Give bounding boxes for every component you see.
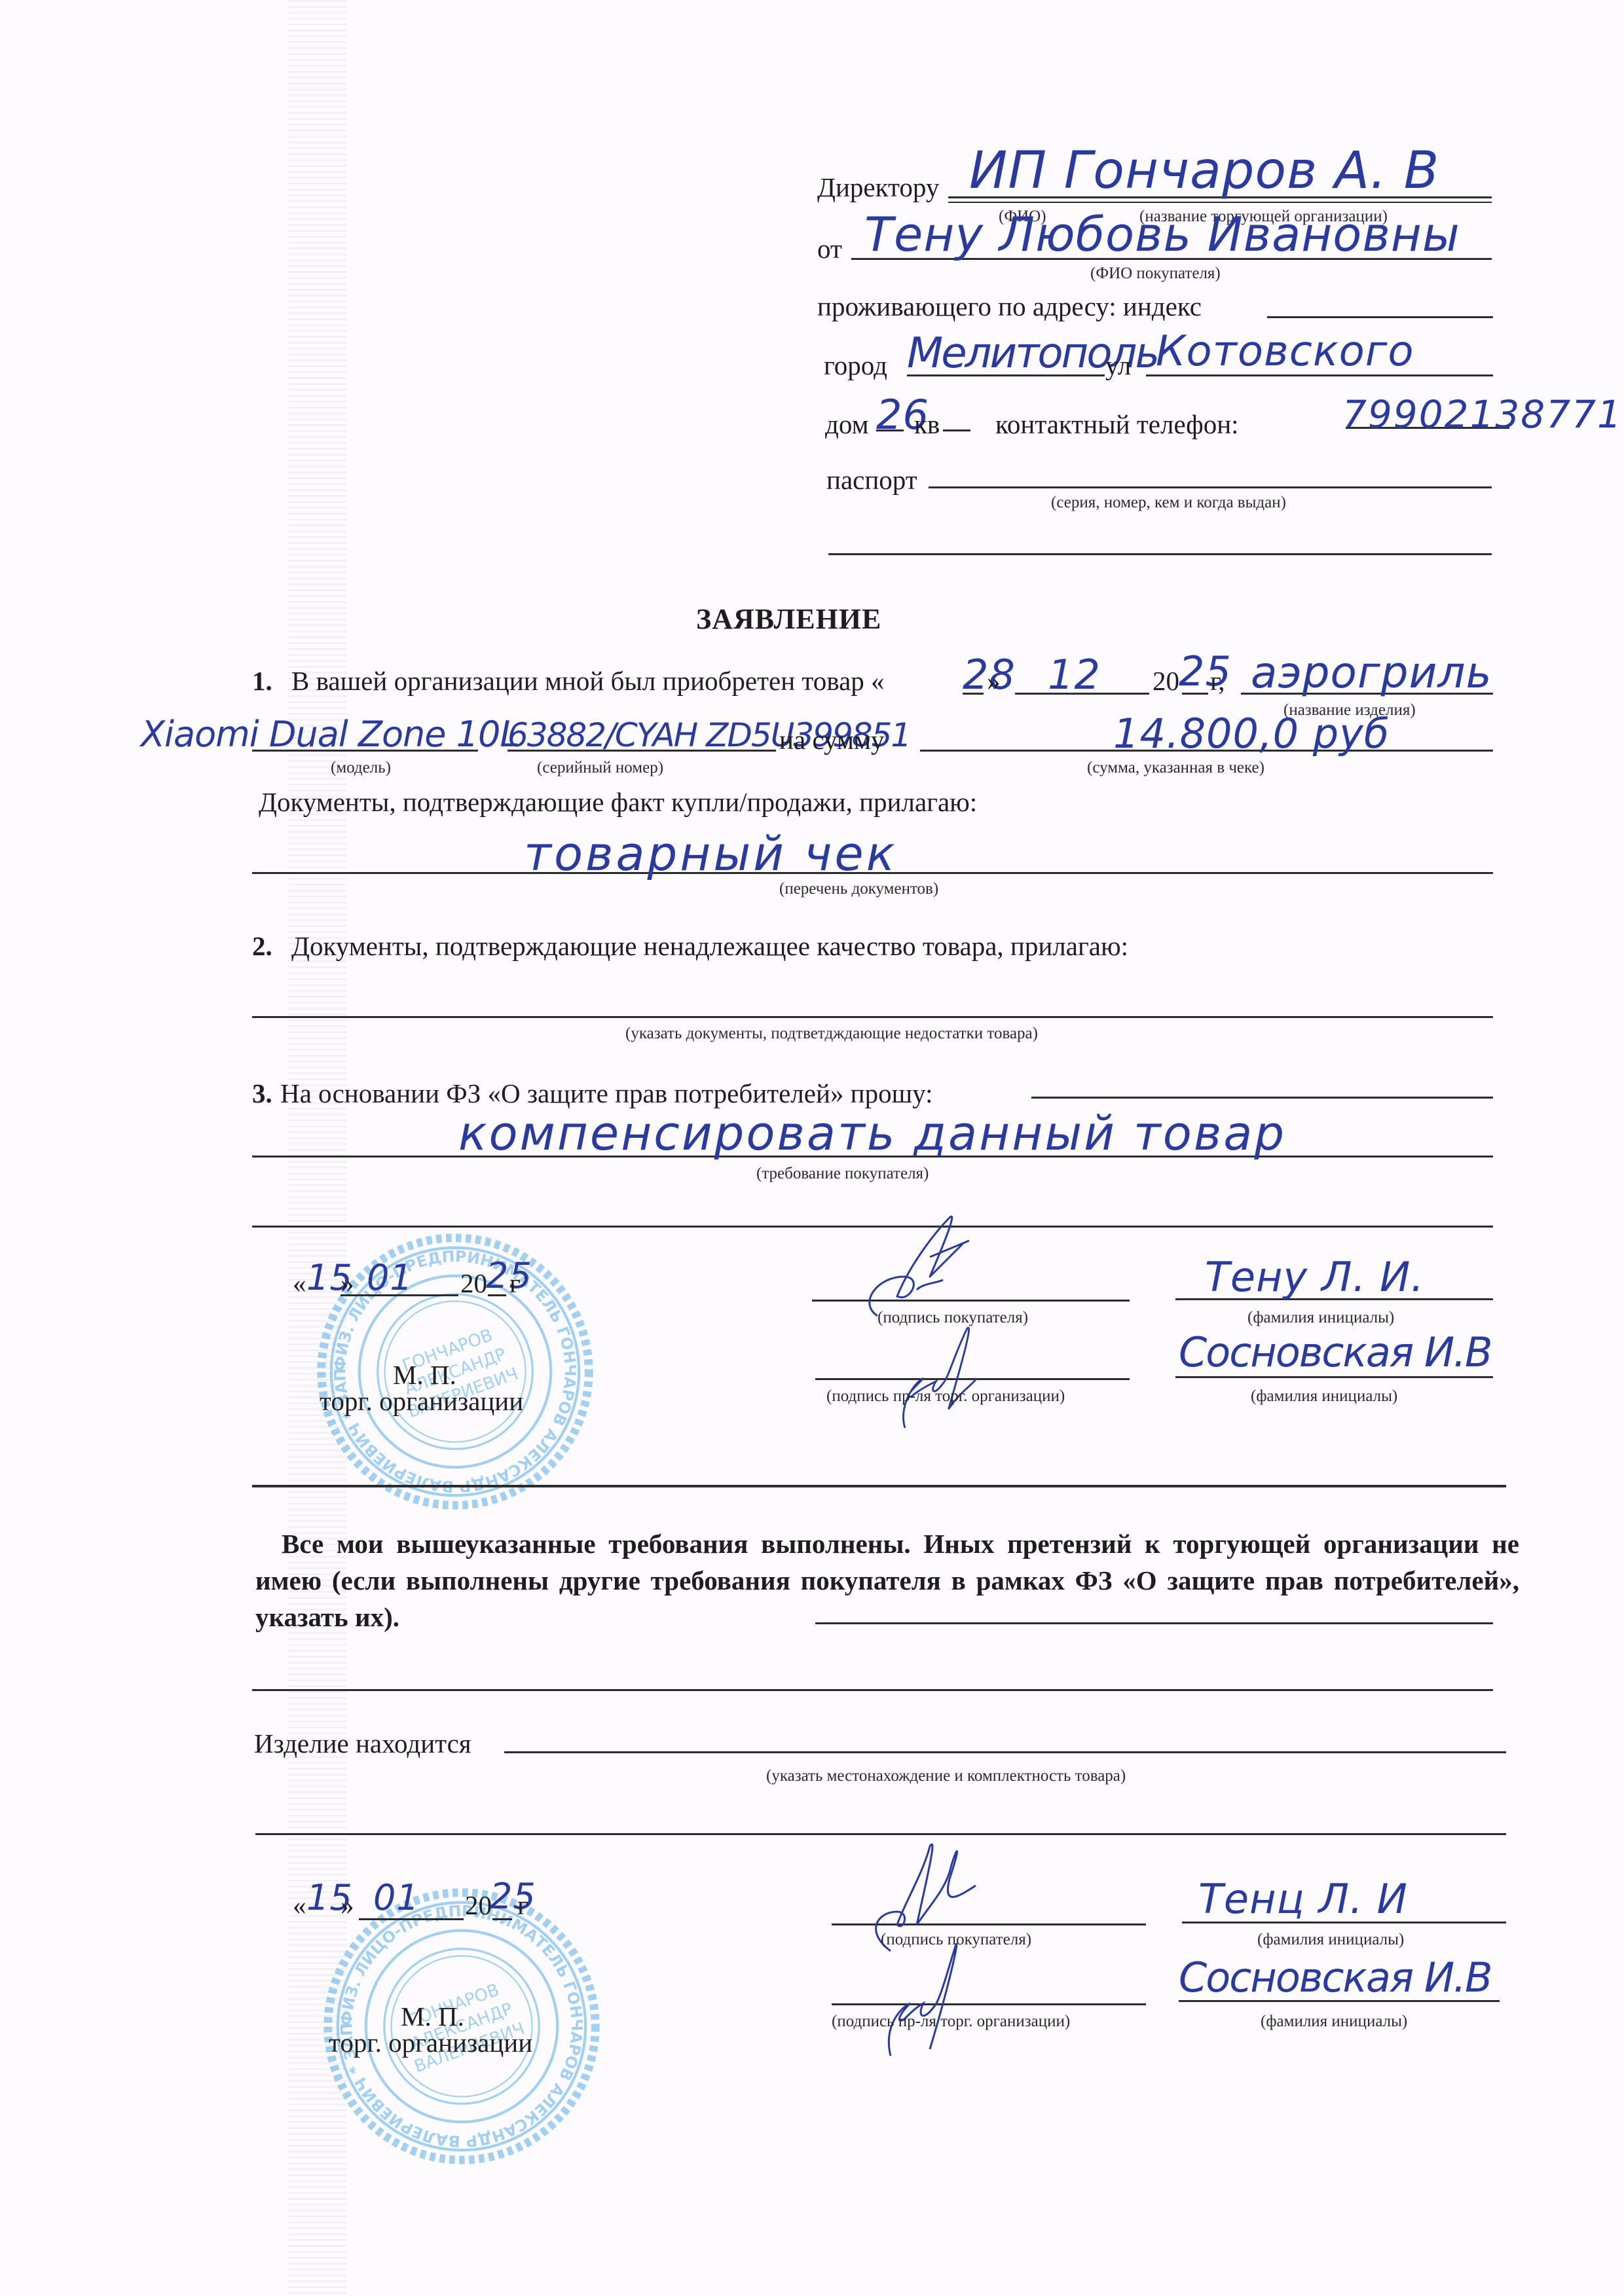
from-value[interactable]: Тену Любовь Ивановны — [864, 211, 1460, 258]
completion-paragraph: Все мои вышеуказанные требования выполне… — [255, 1525, 1519, 1635]
item-3-value[interactable]: компенсировать данный товар — [458, 1110, 1286, 1157]
rep-name-1-cap: (фамилия инициалы) — [1251, 1388, 1397, 1404]
passport-label: паспорт — [826, 467, 917, 494]
date-1-month[interactable]: 01 — [367, 1260, 413, 1296]
rep-sig-1-cap: (подпись пр-ля торг. организации) — [826, 1388, 1065, 1404]
item-1-text: В вашей организации мной был приобретен … — [291, 668, 885, 695]
stamp-place-org-2: торг. организации — [329, 2030, 532, 2056]
item-3-underline-1 — [1031, 1097, 1493, 1099]
model-cap: (модель) — [331, 759, 391, 776]
product-name[interactable]: аэрогриль — [1251, 651, 1492, 695]
completion-underline-2 — [252, 1689, 1493, 1691]
director-value[interactable]: ИП Гончаров А. В — [969, 145, 1439, 196]
rep-name-2-cap: (фамилия инициалы) — [1261, 2013, 1407, 2030]
purchase-docs-cap: (перечень документов) — [779, 881, 938, 897]
passport-underline-2 — [828, 553, 1492, 555]
purchase-year-prefix: 20 — [1153, 668, 1179, 695]
item-2-text: Документы, подтверждающие ненадлежащее к… — [291, 933, 1128, 960]
address-label: проживающего по адресу: индекс — [817, 293, 1202, 320]
purchase-docs-text: Документы, подтверждающие факт купли/про… — [259, 789, 977, 816]
serial-cap: (серийный номер) — [537, 759, 663, 776]
location-cap: (указать местонахождение и комплектность… — [766, 1768, 1126, 1784]
sum-cap: (сумма, указанная в чеке) — [1087, 759, 1264, 776]
item-1-number: 1. — [252, 668, 272, 695]
date-2-year-prefix: 20 — [465, 1892, 492, 1919]
date-1-year-mark: г — [509, 1270, 521, 1297]
rep-name-1[interactable]: Сосновская И.В — [1179, 1332, 1491, 1373]
item-2-underline — [252, 1016, 1493, 1018]
stamp-place-org-1: торг. организации — [320, 1388, 523, 1415]
rep-name-2[interactable]: Сосновская И.В — [1179, 1958, 1491, 1998]
section-divider — [252, 1485, 1506, 1487]
date-2-close: » — [341, 1892, 354, 1919]
date-2-year-mark: г — [517, 1892, 528, 1919]
buyer-name-2-cap: (фамилия инициалы) — [1257, 1931, 1404, 1948]
buyer-name-1-cap: (фамилия инициалы) — [1247, 1309, 1394, 1326]
model-value[interactable]: Xiaomi Dual Zone 10L — [141, 717, 519, 752]
sum-label: на сумму — [779, 727, 884, 754]
date-2-month-underline — [359, 1918, 464, 1920]
purchase-month[interactable]: 12 — [1048, 655, 1101, 695]
rep-sig-2-cap: (подпись пр-ля торг. организации) — [832, 2013, 1070, 2030]
date-1-year-prefix: 20 — [460, 1270, 487, 1297]
completion-underline-1 — [815, 1622, 1493, 1624]
rep-signature-1[interactable] — [864, 1316, 995, 1440]
street-label: ул — [1105, 352, 1131, 379]
date-1-close: » — [341, 1270, 354, 1297]
stamp-place-1: М. П. — [393, 1362, 456, 1389]
location-underline — [504, 1751, 1506, 1753]
date-2-year-underline — [492, 1918, 512, 1920]
director-label: Директору — [817, 174, 939, 201]
phone-label: контактный телефон: — [995, 411, 1239, 438]
from-label: от — [817, 236, 842, 263]
purchase-docs-value[interactable]: товарный чек — [524, 830, 897, 877]
location-label: Изделие находится — [254, 1730, 471, 1757]
item-2-number: 2. — [252, 933, 272, 960]
apt-label: кв — [914, 411, 940, 438]
item-3-number: 3. — [252, 1080, 272, 1107]
date-2-month[interactable]: 01 — [373, 1880, 420, 1916]
stamp-place-2: М. П. — [401, 2003, 464, 2030]
street-value[interactable]: Котовского — [1156, 331, 1414, 373]
index-underline — [1267, 316, 1493, 318]
purchase-year-mark: г, — [1210, 668, 1225, 695]
item-3-text: На основании ФЗ «О защите прав потребите… — [280, 1080, 933, 1107]
rep-name-1-underline — [1175, 1376, 1493, 1378]
from-cap: (ФИО покупателя) — [1090, 265, 1221, 282]
buyer-name-1[interactable]: Тену Л. И. — [1205, 1257, 1424, 1298]
date-2-open: « — [293, 1892, 306, 1919]
purchase-day-close: » — [987, 668, 1001, 695]
item-2-cap: (указать документы, подтветдждающие недо… — [625, 1025, 1038, 1042]
sum-value[interactable]: 14.800,0 руб — [1113, 714, 1390, 754]
house-label: дом — [825, 411, 869, 438]
passport-cap: (серия, номер, кем и когда выдан) — [1051, 494, 1286, 511]
rep-signature-2[interactable] — [851, 1931, 982, 2062]
phone-value[interactable]: 79902138771 — [1342, 395, 1623, 433]
passport-underline — [929, 486, 1492, 488]
date-2-year[interactable]: 25 — [490, 1879, 536, 1914]
apt-underline — [943, 429, 970, 431]
city-label: город — [824, 352, 887, 379]
document-title: ЗАЯВЛЕНИЕ — [696, 602, 881, 636]
date-1-open: « — [293, 1270, 306, 1297]
item-3-cap: (требование покупателя) — [756, 1165, 929, 1182]
buyer-name-2[interactable]: Тенц Л. И — [1198, 1879, 1408, 1920]
director-underline-2 — [948, 202, 1492, 203]
